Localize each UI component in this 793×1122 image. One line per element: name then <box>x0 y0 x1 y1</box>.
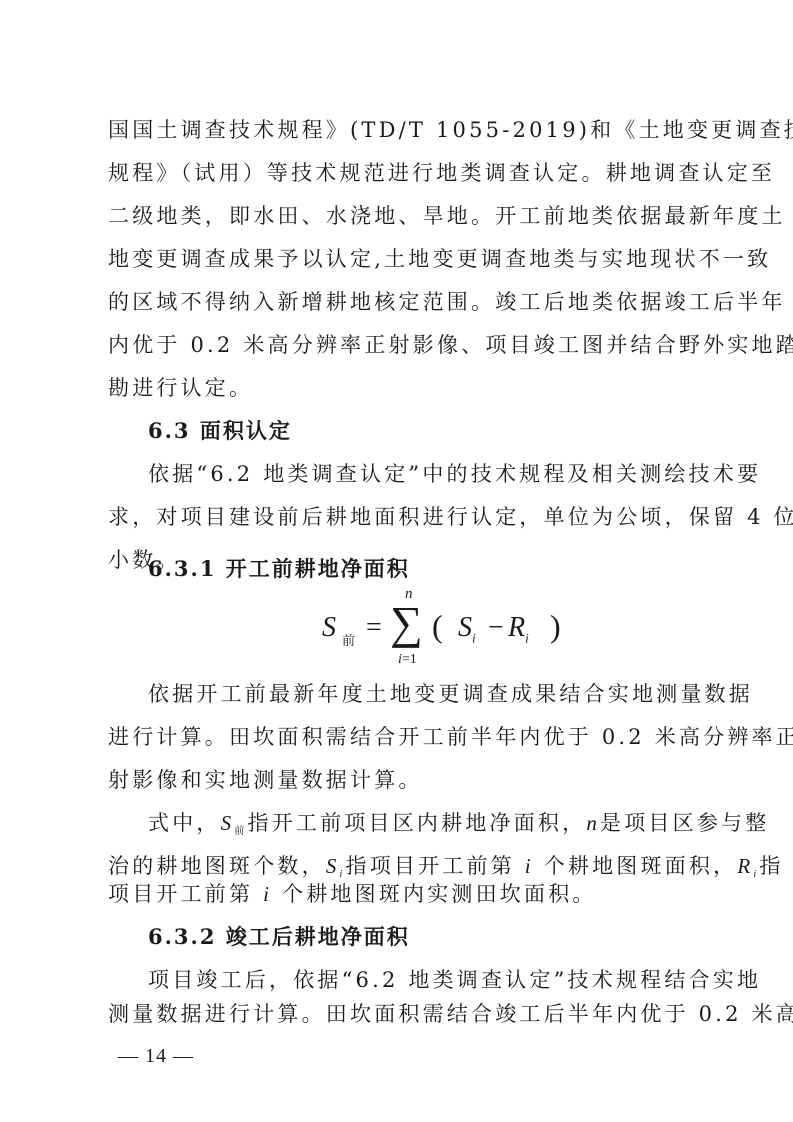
paragraph-line: 勘进行认定。 <box>108 374 693 402</box>
section-heading-6-3-1: 6.3.1 开工前耕地净面积 <box>148 555 693 583</box>
document-page: 国国土调查技术规程》(TD/T 1055-2019)和《土地变更调查技术 规程》… <box>0 0 793 1122</box>
section-heading-6-3-2: 6.3.2 竣工后耕地净面积 <box>148 923 693 951</box>
formula-term-r: Ri <box>508 612 529 647</box>
net-area-formula: S 前 = ∑ n i=1 ( Si − Ri ) <box>318 590 558 680</box>
paragraph-line: 二级地类，即水田、水浇地、旱地。开工前地类依据最新年度土 <box>108 202 693 230</box>
paragraph-line: 内优于 0.2 米高分辨率正射影像、项目竣工图并结合野外实地踏 <box>108 331 693 359</box>
paragraph-line: 求，对项目建设前后耕地面积进行认定，单位为公顷，保留 4 位 <box>108 503 693 531</box>
formula-equals: = <box>366 612 382 644</box>
formula-lhs-subscript: 前 <box>342 630 355 649</box>
explanation-line: 项目开工前第 i 个耕地图斑内实测田坎面积。 <box>108 880 693 908</box>
formula-right-paren: ) <box>550 608 561 645</box>
paragraph-line: 依据“6.2 地类调查认定”中的技术规程及相关测绘技术要 <box>148 460 693 488</box>
paragraph-line: 国国土调查技术规程》(TD/T 1055-2019)和《土地变更调查技术 <box>108 116 693 144</box>
paragraph-line: 射影像和实地测量数据计算。 <box>108 766 693 794</box>
formula-upper-limit: n <box>405 586 413 603</box>
explanation-line: 式中，S前指开工前项目区内耕地净面积，n是项目区参与整 <box>148 809 693 846</box>
paragraph-line: 进行计算。田坎面积需结合开工前半年内优于 0.2 米高分辨率正 <box>108 723 693 751</box>
paragraph-line: 地变更调查成果予以认定,土地变更调查地类与实地现状不一致 <box>108 245 693 273</box>
paragraph-line: 依据开工前最新年度土地变更调查成果结合实地测量数据 <box>148 680 693 708</box>
formula-lhs: S <box>322 612 336 644</box>
page-number: — 14 — <box>118 1045 194 1068</box>
formula-term-s: Si <box>458 612 476 647</box>
summation-icon: ∑ <box>390 598 423 648</box>
formula-minus: − <box>488 612 504 644</box>
paragraph-line: 项目竣工后，依据“6.2 地类调查认定”技术规程结合实地 <box>148 966 693 994</box>
formula-lower-limit: i=1 <box>398 652 417 668</box>
formula-left-paren: ( <box>432 608 443 645</box>
paragraph-line: 的区域不得纳入新增耕地核定范围。竣工后地类依据竣工后半年 <box>108 288 693 316</box>
section-heading-6-3: 6.3 面积认定 <box>148 417 693 445</box>
paragraph-line: 测量数据进行计算。田坎面积需结合竣工后半年内优于 0.2 米高 <box>108 1000 693 1028</box>
paragraph-line: 规程》（试用）等技术规范进行地类调查认定。耕地调查认定至 <box>108 159 693 187</box>
